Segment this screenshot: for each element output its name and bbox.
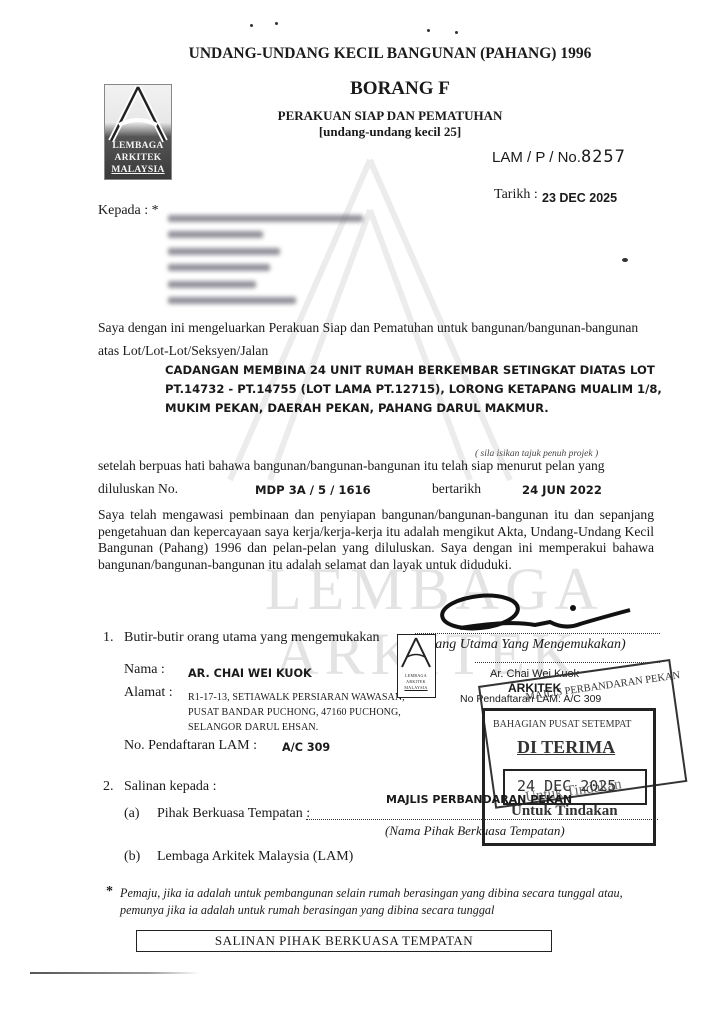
lam-a-icon bbox=[105, 85, 171, 145]
logo-text: ARKITEK bbox=[105, 153, 171, 163]
stamp-department: BAHAGIAN PUSAT SETEMPAT bbox=[493, 719, 631, 730]
address-line: PUSAT BANDAR PUCHONG, 47160 PUCHONG, bbox=[188, 705, 405, 720]
scan-speck bbox=[622, 258, 628, 262]
copy-b-label: (b) bbox=[124, 849, 140, 865]
copy-a-label: (a) bbox=[124, 806, 140, 822]
paragraph-certify: Saya telah mengawasi pembinaan dan penyi… bbox=[98, 507, 654, 573]
signature-caption: (Orang Utama Yang Mengemukakan) bbox=[415, 637, 626, 653]
lam-a-icon bbox=[398, 635, 434, 671]
copy-b-text: Lembaga Arkitek Malaysia (LAM) bbox=[157, 849, 353, 865]
scan-speck bbox=[455, 31, 458, 34]
copy-a-value: MAJLIS PERBANDARAN PEKAN bbox=[386, 793, 572, 806]
dated-label: bertarikh bbox=[432, 478, 481, 500]
architect-stamp-line bbox=[475, 662, 660, 663]
footnote-mark: * bbox=[106, 884, 113, 900]
copy-a-text: Pihak Berkuasa Tempatan : bbox=[157, 806, 310, 822]
lam-registration-value: A/C 309 bbox=[282, 741, 330, 754]
form-title: BORANG F bbox=[120, 78, 680, 100]
paragraph-issue-cont: atas Lot/Lot-Lot/Seksyen/Jalan bbox=[98, 340, 268, 362]
date-value: 23 DEC 2025 bbox=[542, 191, 617, 205]
scan-speck bbox=[427, 29, 430, 32]
section1-number: 1. bbox=[103, 630, 114, 646]
lam-logo: LEMBAGA ARKITEK MALAYSIA bbox=[104, 84, 172, 180]
lam-seal: LEMBAGA ARKITEK MALAYSIA bbox=[397, 634, 436, 698]
logo-text: MALAYSIA bbox=[105, 165, 171, 175]
reference-number: LAM / P / No.8257 bbox=[492, 147, 626, 167]
plan-number: MDP 3A / 5 / 1616 bbox=[255, 483, 371, 497]
section2-title: Salinan kepada : bbox=[124, 779, 217, 795]
stamp-status: DI TERIMA bbox=[517, 737, 615, 758]
seal-text: LEMBAGA bbox=[398, 673, 434, 678]
seal-text: ARKITEK bbox=[398, 679, 434, 684]
recipient-label: Kepada : * bbox=[98, 203, 159, 219]
section2-number: 2. bbox=[103, 779, 114, 795]
signature-line bbox=[415, 633, 660, 634]
address-value: R1-17-13, SETIAWALK PERSIARAN WAWASAN, P… bbox=[188, 690, 405, 735]
paragraph-issue: Saya dengan ini mengeluarkan Perakuan Si… bbox=[98, 317, 658, 339]
law-title: UNDANG-UNDANG KECIL BANGUNAN (PAHANG) 19… bbox=[100, 45, 680, 63]
form-subsection: [undang-undang kecil 25] bbox=[110, 124, 670, 140]
reference-prefix: LAM / P / No. bbox=[492, 149, 581, 166]
date-label: Tarikh : bbox=[494, 187, 538, 203]
logo-text: LEMBAGA bbox=[105, 141, 171, 151]
lam-registration-label: No. Pendaftaran LAM : bbox=[124, 738, 257, 754]
address-line: SELANGOR DARUL EHSAN. bbox=[188, 720, 405, 735]
approved-label: diluluskan No. bbox=[98, 478, 178, 500]
copy-label-box: SALINAN PIHAK BERKUASA TEMPATAN bbox=[136, 930, 552, 952]
copy-a-line bbox=[306, 819, 658, 820]
reference-value: 8257 bbox=[581, 147, 626, 167]
copy-a-hint: (Nama Pihak Berkuasa Tempatan) bbox=[385, 823, 565, 839]
name-value: AR. CHAI WEI KUOK bbox=[188, 667, 312, 680]
seal-text: MALAYSIA bbox=[398, 685, 434, 690]
scan-speck bbox=[250, 24, 253, 27]
section1-title: Butir-butir orang utama yang mengemukaka… bbox=[124, 630, 380, 646]
plan-date: 24 JUN 2022 bbox=[522, 483, 602, 497]
footnote: Pemaju, jika ia adalah untuk pembangunan… bbox=[120, 885, 660, 919]
address-line: R1-17-13, SETIAWALK PERSIARAN WAWASAN, bbox=[188, 690, 405, 705]
address-label: Alamat : bbox=[124, 685, 173, 701]
paragraph-satisfied: setelah berpuas hati bahawa bangunan/ban… bbox=[98, 455, 658, 477]
project-title: CADANGAN MEMBINA 24 UNIT RUMAH BERKEMBAR… bbox=[165, 361, 665, 418]
name-label: Nama : bbox=[124, 662, 165, 678]
footer-divider bbox=[30, 972, 200, 974]
form-subtitle: PERAKUAN SIAP DAN PEMATUHAN bbox=[110, 108, 670, 124]
scan-speck bbox=[275, 22, 278, 25]
